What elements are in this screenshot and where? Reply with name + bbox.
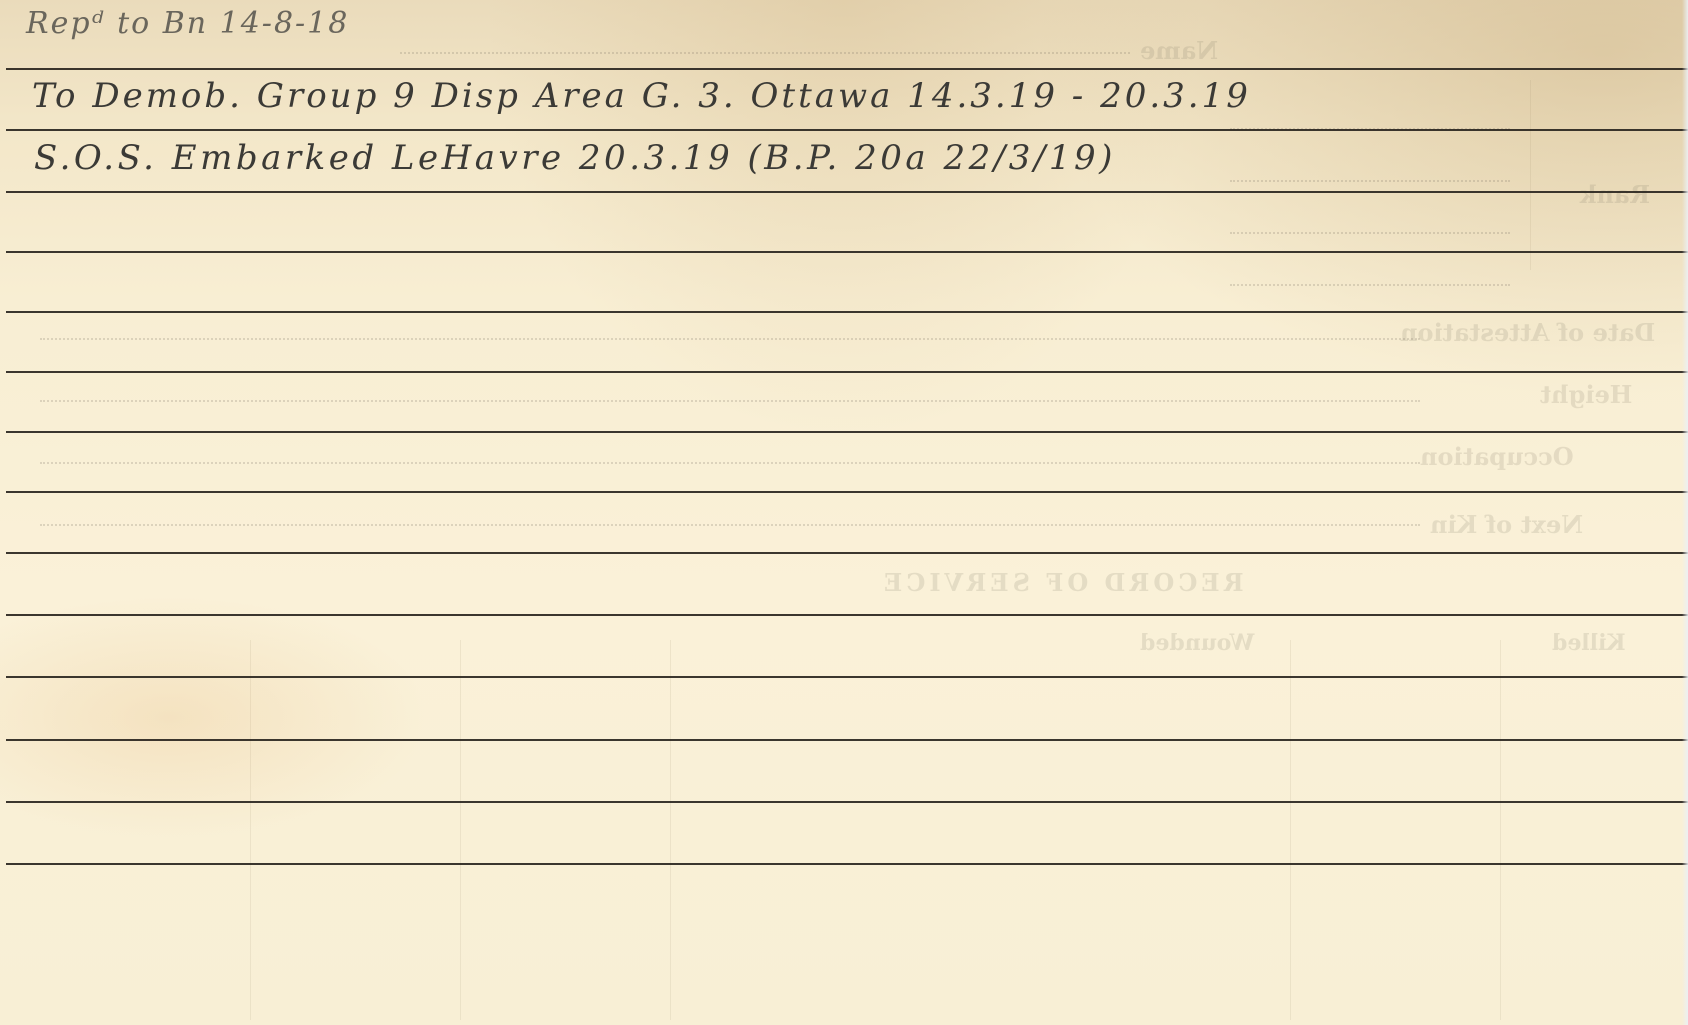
ruled-line <box>6 129 1688 131</box>
dotted-guide <box>1230 232 1510 234</box>
showthrough-killed-label: Killed <box>1552 630 1626 656</box>
showthrough-next-of-kin-label: Next of Kin <box>1430 510 1583 539</box>
dotted-guide <box>40 338 1420 340</box>
col-divider <box>460 640 461 1020</box>
showthrough-height-label: Height <box>1540 380 1632 409</box>
showthrough-rank-label: Rank <box>1580 180 1650 209</box>
col-divider <box>1500 640 1501 1020</box>
dotted-guide <box>1230 284 1510 286</box>
ruled-line <box>6 68 1688 70</box>
ruled-line <box>6 552 1688 554</box>
showthrough-name-label: Name <box>1140 36 1218 65</box>
col-divider <box>1290 640 1291 1020</box>
ruled-line <box>6 614 1688 616</box>
dotted-guide <box>40 524 1420 526</box>
col-divider <box>1530 80 1531 270</box>
ruled-line <box>6 739 1688 741</box>
ruled-line <box>6 191 1688 193</box>
showthrough-attestation-label: Date of Attestation <box>1400 318 1655 347</box>
dotted-guide <box>1230 180 1510 182</box>
ruled-line <box>6 801 1688 803</box>
dotted-guide <box>40 462 1420 464</box>
showthrough-record-of-service-heading: RECORD OF SERVICE <box>880 568 1244 597</box>
showthrough-wounded-label: Wounded <box>1140 630 1254 656</box>
handwritten-entry-embarked: S.O.S. Embarked LeHavre 20.3.19 (B.P. 20… <box>34 138 1116 178</box>
card-edge <box>1682 0 1688 1025</box>
dotted-guide <box>400 52 1130 54</box>
col-divider <box>670 640 671 1020</box>
dotted-guide <box>40 400 1420 402</box>
index-card: Name Rank Date of Attestation Height Occ… <box>0 0 1688 1025</box>
handwritten-entry-reported: Repᵈ to Bn 14-8-18 <box>26 6 349 41</box>
col-divider <box>250 640 251 1020</box>
ruled-line <box>6 371 1688 373</box>
ruled-line <box>6 311 1688 313</box>
ruled-line <box>6 491 1688 493</box>
ruled-line <box>6 676 1688 678</box>
ruled-line <box>6 863 1688 865</box>
handwritten-entry-demob: To Demob. Group 9 Disp Area G. 3. Ottawa… <box>32 76 1251 116</box>
ruled-line <box>6 251 1688 253</box>
ruled-line <box>6 431 1688 433</box>
showthrough-occupation-label: Occupation <box>1420 442 1574 471</box>
